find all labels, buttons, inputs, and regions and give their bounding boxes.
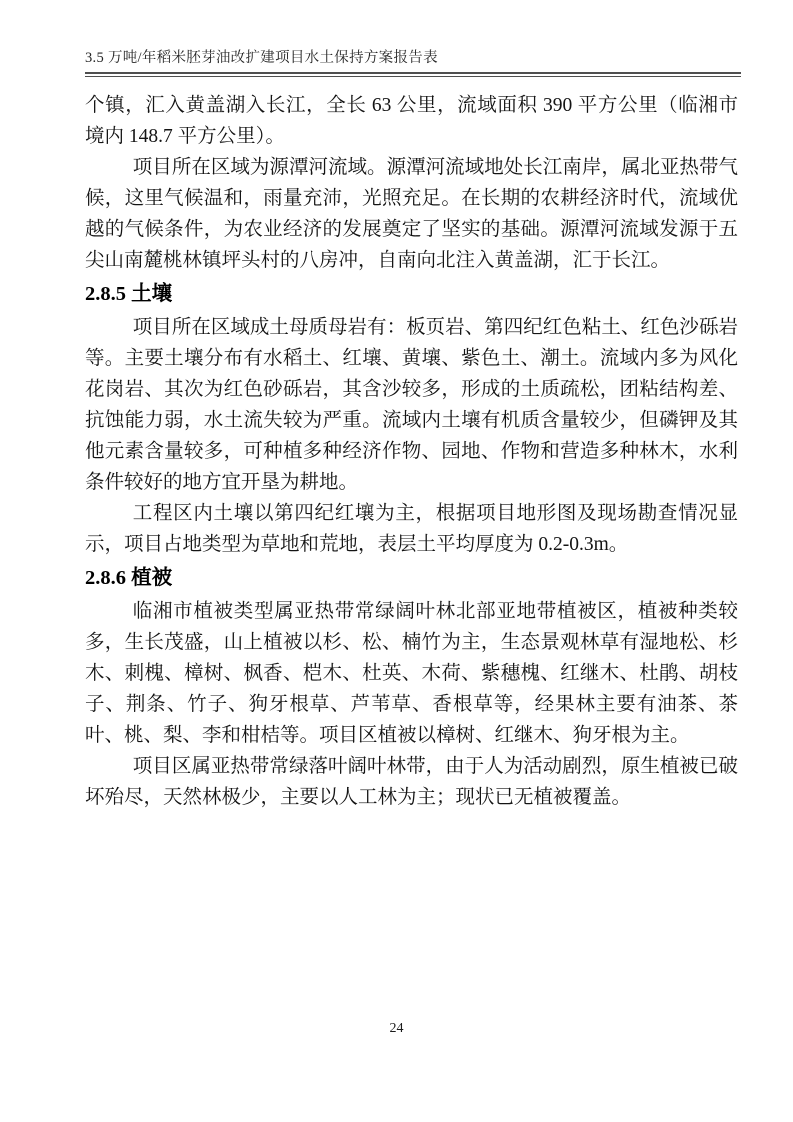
- header-rule: [85, 72, 741, 77]
- header-title: 3.5 万吨/年稻米胚芽油改扩建项目水土保持方案报告表: [85, 46, 741, 72]
- paragraph: 项目区属亚热带常绿落叶阔叶林带，由于人为活动剧烈，原生植被已破坏殆尽，天然林极少…: [85, 751, 738, 813]
- page-number: 24: [0, 1021, 793, 1037]
- paragraph: 项目所在区域为源潭河流域。源潭河流域地处长江南岸，属北亚热带气候，这里气候温和，…: [85, 152, 738, 276]
- document-page: 3.5 万吨/年稻米胚芽油改扩建项目水土保持方案报告表 个镇，汇入黄盖湖入长江，…: [0, 0, 793, 1122]
- section-heading-vegetation: 2.8.6 植被: [85, 562, 738, 594]
- paragraph-continuation: 个镇，汇入黄盖湖入长江，全长 63 公里，流域面积 390 平方公里（临湘市境内…: [85, 90, 738, 152]
- document-body: 个镇，汇入黄盖湖入长江，全长 63 公里，流域面积 390 平方公里（临湘市境内…: [85, 90, 738, 813]
- paragraph: 项目所在区域成土母质母岩有：板页岩、第四纪红色粘土、红色沙砾岩等。主要土壤分布有…: [85, 312, 738, 498]
- page-header: 3.5 万吨/年稻米胚芽油改扩建项目水土保持方案报告表: [85, 46, 741, 77]
- paragraph: 工程区内土壤以第四纪红壤为主，根据项目地形图及现场勘查情况显示，项目占地类型为草…: [85, 498, 738, 560]
- section-heading-soil: 2.8.5 土壤: [85, 278, 738, 310]
- paragraph: 临湘市植被类型属亚热带常绿阔叶林北部亚地带植被区，植被种类较多，生长茂盛，山上植…: [85, 596, 738, 751]
